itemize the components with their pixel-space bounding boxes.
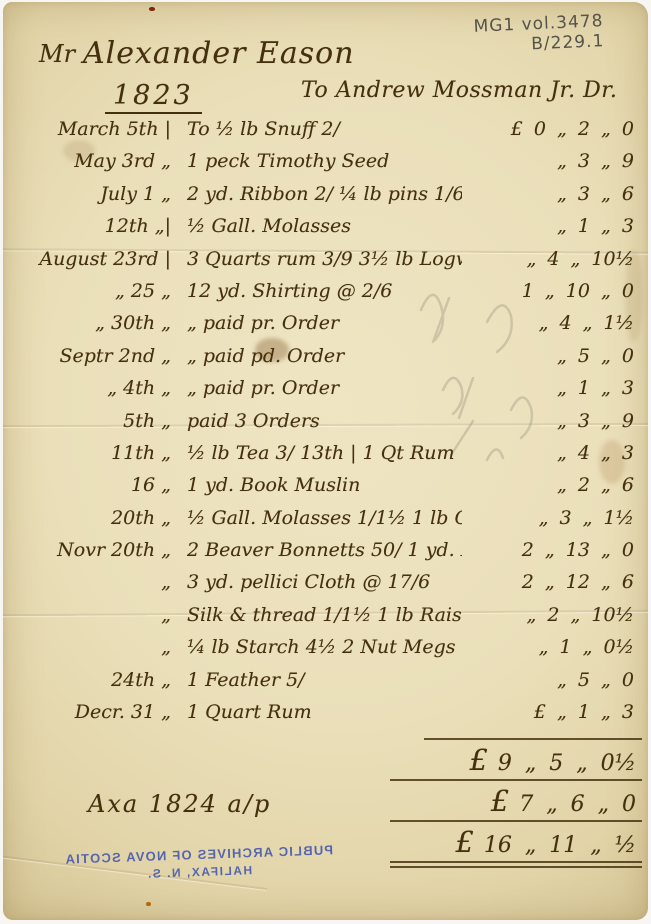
pound-sign: £ <box>491 784 519 818</box>
ledger-row: „¼ lb Starch 4½ 2 Nut Megs 8d„ 1 „ 0½ <box>21 636 640 668</box>
entry-amount: £ 0 „ 2 „ 0 <box>462 118 640 140</box>
entry-date: „ <box>21 604 175 626</box>
entry-date: 20th „ <box>21 507 175 529</box>
carry-line: £7 „ 6 „ 0 <box>390 781 642 820</box>
entry-description: „ paid pd. Order <box>175 345 462 367</box>
entry-amount: „ 3 „ 9 <box>462 410 640 432</box>
entry-description: 12 yd. Shirting @ 2/6 <box>175 280 462 302</box>
entry-description: 2 Beaver Bonnetts 50/ 1 yd. Linen 3/ <box>175 539 462 561</box>
subtotal-line: £9 „ 5 „ 0½ <box>390 740 642 779</box>
entry-description: 3 yd. pellici Cloth @ 17/6 <box>175 571 462 593</box>
entry-amount: „ 3 „ 6 <box>462 183 640 205</box>
entry-description: 1 Quart Rum <box>175 701 462 723</box>
ledger-entries: March 5th |To ½ lb Snuff 2/£ 0 „ 2 „ 0Ma… <box>21 118 640 733</box>
ledger-row: March 5th |To ½ lb Snuff 2/£ 0 „ 2 „ 0 <box>21 118 640 150</box>
ledger-row: Novr 20th „2 Beaver Bonnetts 50/ 1 yd. L… <box>21 539 640 571</box>
total-rule <box>390 779 642 781</box>
ledger-row: 16 „1 yd. Book Muslin„ 2 „ 6 <box>21 474 640 506</box>
pound-sign: £ <box>469 743 497 777</box>
orange-fleck <box>146 902 151 906</box>
total-rule <box>424 738 642 740</box>
grand-total-line: £16 „ 11 „ ½ <box>390 822 642 861</box>
entry-description: paid 3 Orders <box>175 410 462 432</box>
entry-date: „ <box>21 571 175 593</box>
ledger-row: 20th „½ Gall. Molasses 1/1½ 1 lb Coffee … <box>21 507 640 539</box>
entry-date: „ 4th „ <box>21 377 175 399</box>
entry-amount: „ 5 „ 0 <box>462 669 640 691</box>
archives-stamp: PUBLIC ARCHIVES OF NOVA SCOTIA HALIFAX, … <box>51 842 348 884</box>
entry-amount: „ 2 „ 6 <box>462 474 640 496</box>
red-fleck <box>149 7 155 11</box>
entry-date: Decr. 31 „ <box>21 701 175 723</box>
ledger-row: 11th „½ lb Tea 3/ 13th | 1 Qt Rum 1/3„ 4… <box>21 442 640 474</box>
entry-date: 12th „| <box>21 215 175 237</box>
subtotal-amount: 9 „ 5 „ 0½ <box>498 751 636 776</box>
creditor-line: To Andrew Mossman Jr. Dr. <box>301 78 617 103</box>
archive-reference-note: MG1 vol.3478 B/229.1 <box>473 11 605 57</box>
debtor-name: Alexander Eason <box>83 36 355 71</box>
entry-description: To ½ lb Snuff 2/ <box>175 118 462 140</box>
grand-total-amount: 16 „ 11 „ ½ <box>484 833 636 858</box>
entry-amount: „ 1 „ 3 <box>462 377 640 399</box>
entry-date: Novr 20th „ <box>21 539 175 561</box>
entry-amount: „ 5 „ 0 <box>462 345 640 367</box>
ledger-row: Septr 2nd „„ paid pd. Order„ 5 „ 0 <box>21 345 640 377</box>
ledger-row: 5th „paid 3 Orders„ 3 „ 9 <box>21 410 640 442</box>
ledger-row: „ 4th „„ paid pr. Order„ 1 „ 3 <box>21 377 640 409</box>
entry-amount: „ 3 „ 1½ <box>462 507 640 529</box>
ledger-row: „ 30th „„ paid pr. Order„ 4 „ 1½ <box>21 312 640 344</box>
entry-date: „ 30th „ <box>21 312 175 334</box>
entry-date: Septr 2nd „ <box>21 345 175 367</box>
entry-description: „ paid pr. Order <box>175 312 462 334</box>
entry-amount: „ 1 „ 0½ <box>462 636 640 658</box>
entry-date: 24th „ <box>21 669 175 691</box>
entry-description: ½ Gall. Molasses 1/1½ 1 lb Coffee 2/ <box>175 507 462 529</box>
ledger-row: July 1 „2 yd. Ribbon 2/ ¼ lb pins 1/6„ 3… <box>21 183 640 215</box>
entry-description: 1 yd. Book Muslin <box>175 474 462 496</box>
ledger-row: August 23rd |3 Quarts rum 3/9 3½ lb Logw… <box>21 248 640 280</box>
entry-description: „ paid pr. Order <box>175 377 462 399</box>
entry-description: Silk & thread 1/1½ 1 lb Raisins 1/9 <box>175 604 462 626</box>
entry-amount: „ 4 „ 3 <box>462 442 640 464</box>
ledger-row: 12th „|½ Gall. Molasses„ 1 „ 3 <box>21 215 640 247</box>
entry-amount: 1 „ 10 „ 0 <box>462 280 640 302</box>
entry-description: ½ lb Tea 3/ 13th | 1 Qt Rum 1/3 <box>175 442 462 464</box>
entry-amount: „ 4 „ 1½ <box>462 312 640 334</box>
total-rule <box>390 866 642 868</box>
entry-date: July 1 „ <box>21 183 175 205</box>
entry-date: 11th „ <box>21 442 175 464</box>
entry-description: 1 Feather 5/ <box>175 669 462 691</box>
ledger-row: „Silk & thread 1/1½ 1 lb Raisins 1/9„ 2 … <box>21 604 640 636</box>
ledger-row: May 3rd „1 peck Timothy Seed„ 3 „ 9 <box>21 150 640 182</box>
entry-date: 16 „ <box>21 474 175 496</box>
manuscript-page: MG1 vol.3478 B/229.1 Mr Alexander Eason … <box>3 2 648 920</box>
entry-date: August 23rd | <box>21 248 175 270</box>
total-rule <box>390 861 642 863</box>
entry-date: May 3rd „ <box>21 150 175 172</box>
entry-description: ½ Gall. Molasses <box>175 215 462 237</box>
entry-amount: 2 „ 12 „ 6 <box>462 571 640 593</box>
debtor-salutation: Mr <box>39 40 75 68</box>
carry-forward-label: Axa 1824 a/p <box>88 790 271 818</box>
total-rule <box>390 820 642 822</box>
entry-description: 2 yd. Ribbon 2/ ¼ lb pins 1/6 <box>175 183 462 205</box>
entry-amount: „ 4 „ 10½ <box>462 248 640 270</box>
entry-description: 1 peck Timothy Seed <box>175 150 462 172</box>
ledger-row: Decr. 31 „1 Quart Rum£ „ 1 „ 3 <box>21 701 640 733</box>
ledger-row: „ 25 „12 yd. Shirting @ 2/61 „ 10 „ 0 <box>21 280 640 312</box>
entry-description: 3 Quarts rum 3/9 3½ lb Logwood 1/1½ <box>175 248 462 270</box>
ledger-row: 24th „1 Feather 5/„ 5 „ 0 <box>21 669 640 701</box>
account-year: 1823 <box>105 80 202 114</box>
ledger-row: „3 yd. pellici Cloth @ 17/62 „ 12 „ 6 <box>21 571 640 603</box>
pound-sign: £ <box>455 825 483 859</box>
entry-date: March 5th | <box>21 118 175 140</box>
entry-description: ¼ lb Starch 4½ 2 Nut Megs 8d <box>175 636 462 658</box>
entry-amount: „ 2 „ 10½ <box>462 604 640 626</box>
entry-date: „ 25 „ <box>21 280 175 302</box>
entry-date: 5th „ <box>21 410 175 432</box>
entry-amount: £ „ 1 „ 3 <box>462 701 640 723</box>
carry-amount: 7 „ 6 „ 0 <box>519 792 636 817</box>
entry-amount: „ 3 „ 9 <box>462 150 640 172</box>
entry-amount: 2 „ 13 „ 0 <box>462 539 640 561</box>
entry-date: „ <box>21 636 175 658</box>
entry-amount: „ 1 „ 3 <box>462 215 640 237</box>
totals-block: £9 „ 5 „ 0½ £7 „ 6 „ 0 £16 „ 11 „ ½ <box>390 738 642 868</box>
